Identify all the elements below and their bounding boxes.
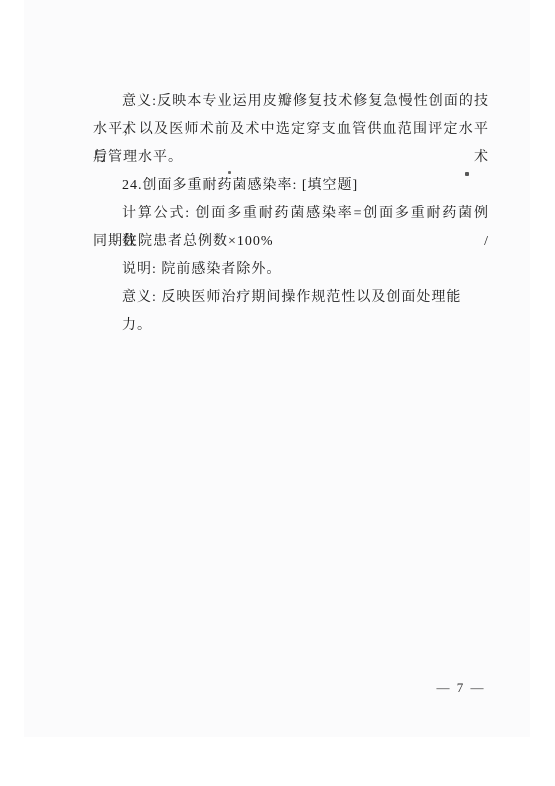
scan-speck: [465, 172, 469, 176]
text-line: 意义: 反映医师治疗期间操作规范性以及创面处理能力。: [93, 284, 489, 312]
scan-speck: [228, 171, 231, 174]
text-line: 水平，以及医师术前及术中选定穿支血管供血范围评定水平与术: [93, 116, 489, 144]
text-line: 说明: 院前感染者除外。: [93, 256, 489, 284]
text-line: 24.创面多重耐药菌感染率: [填空题]: [93, 172, 489, 200]
text-line: 意义:反映本专业运用皮瓣修复技术修复急慢性创面的技术: [93, 88, 489, 116]
scan-background: 意义:反映本专业运用皮瓣修复技术修复急慢性创面的技术水平，以及医师术前及术中选定…: [0, 0, 555, 786]
document-page: 意义:反映本专业运用皮瓣修复技术修复急慢性创面的技术水平，以及医师术前及术中选定…: [24, 0, 530, 737]
document-text-block: 意义:反映本专业运用皮瓣修复技术修复急慢性创面的技术水平，以及医师术前及术中选定…: [93, 88, 489, 312]
text-line: 计算公式: 创面多重耐药菌感染率=创面多重耐药菌例数/: [93, 200, 489, 228]
page-number: — 7 —: [416, 680, 506, 696]
